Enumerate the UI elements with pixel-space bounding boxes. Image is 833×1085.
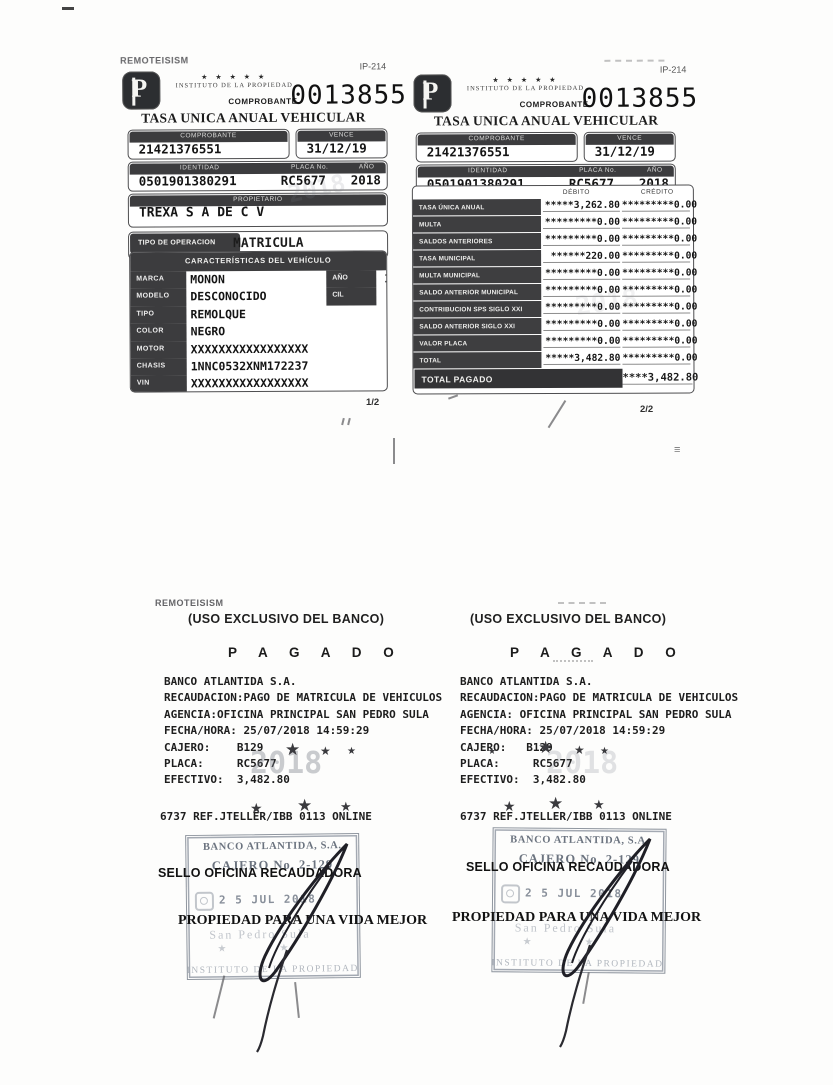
pen-mark [213,975,226,1018]
vence-field-value: 31/12/19 [585,144,675,159]
table-row: SALDO ANTERIOR SIGLO XXI *********0.00 *… [413,318,693,336]
table-row: MULTA MUNICIPAL *********0.00 *********0… [413,267,693,285]
vence-field-label: VENCE [586,135,674,142]
stamp-star-icon: ★ [600,746,609,757]
stamp-star-icon: ★ [574,743,585,757]
page-number-right: 2/2 [640,404,653,415]
stamp-star-icon: ★ [593,797,605,813]
table-row: COLOR NEGRO [131,322,387,341]
triple-bar-mark: ≡ [674,444,680,456]
vence-field-label: VENCE [297,131,385,138]
bank-use-only-label: (USO EXCLUSIVO DEL BANCO) [470,612,666,626]
serial-number: 0013855 [290,80,407,111]
table-row: MODELO DESCONOCIDO CIL 0 [130,288,386,307]
table-row: TIPO REMOLQUE [130,305,386,324]
propietario-value: TREXA S A DE C V [129,204,387,220]
table-row: CHASIS 1NNC0532XNM172237 [131,357,387,376]
comprobante-field-label: COMPROBANTE [130,132,288,140]
placa-label: PLACA No. [573,167,623,174]
identity-row: IDENTIDAD PLACA No. AÑO 0501901380291 RC… [128,160,388,191]
table-row: MARCA MONON AÑO 1992 [130,270,386,289]
stamp-star-icon: ★ [320,744,331,758]
scan-mark [553,660,593,662]
teller-reference-line: 6737 REF.JTELLER/IBB 0113 ONLINE [460,810,672,823]
receipt-copy-1: REMOTEISISM P ★ ★ ★ ★ ★ INSTITUTO DE LA … [112,54,396,400]
comprobante-field: COMPROBANTE 21421376551 [127,129,289,160]
signature [225,838,365,1053]
stamp-star-icon: ★ [285,740,300,760]
table-row: CONTRIBUCION SPS SIGLO XXI *********0.00… [413,301,693,319]
signature [528,833,668,1048]
receipt-copy-2: P ★ ★ ★ ★ ★ INSTITUTO DE LA PROPIEDAD IP… [409,58,695,404]
tipo-operacion-value: MATRICULA [233,236,304,251]
vehicle-anio-value: 1992 [384,271,388,285]
anio-label: AÑO [352,163,382,170]
stamp-star-icon: ★ [347,746,356,757]
table-row: TASA MUNICIPAL ******220.00 *********0.0… [413,250,693,268]
vence-field: VENCE 31/12/19 [584,132,676,162]
placa-label: PLACA No. [285,164,335,171]
vehicle-cil-label: CIL [326,288,376,306]
pen-mark [393,438,395,464]
stars-row-icon: ★ ★ ★ ★ ★ [465,76,585,84]
institute-name: INSTITUTO DE LA PROPIEDAD [170,82,298,90]
pen-mark [548,400,566,428]
pen-mark [347,418,350,425]
scan-mark [558,602,606,604]
comprobante-caption: COMPROBANTE [228,97,297,106]
anio-label: AÑO [640,167,670,174]
scan-mark [62,7,74,10]
receipt-title: TASA UNICA ANUAL VEHICULAR [404,113,689,130]
pagado-status: P A G A D O [510,645,685,660]
table-row: VALOR PLACA *********0.00 *********0.00 [413,335,693,353]
total-pagado-value: ****3,482.80 [622,372,692,385]
table-row: TASA ÚNICA ANUAL *****3,262.80 *********… [413,199,693,217]
vehicle-anio-label: AÑO [326,270,376,288]
scan-mark [604,60,664,62]
stamp-emblem-icon [195,892,214,911]
vehicle-characteristics-table: CARACTERÍSTICAS DEL VEHÍCULO MARCA MONON… [129,250,388,392]
form-code: IP-214 [360,61,387,71]
table-row: TOTAL *****3,482.80 *********0.00 [413,352,693,370]
table-row: VIN XXXXXXXXXXXXXXXXX [131,375,387,393]
instituto-propiedad-logo-icon: P [413,74,451,112]
stamp-star-icon: ★ [250,800,263,817]
comprobante-caption: COMPROBANTE [520,100,589,109]
receipt-title: TASA UNICA ANUAL VEHICULAR [112,109,394,126]
form-code: IP-214 [660,65,687,75]
stamp-star-icon: ★ [340,799,352,815]
scanned-receipt-page: REMOTEISISM P ★ ★ ★ ★ ★ INSTITUTO DE LA … [0,0,833,1085]
stamp-star-icon: ★ [548,794,563,814]
scan-artifact-text: REMOTEISISM [155,598,224,608]
instituto-propiedad-logo-icon: P [122,71,160,109]
propietario-label: PROPIETARIO [130,195,386,203]
table-row: MOTOR XXXXXXXXXXXXXXXXX [131,340,387,359]
comprobante-field-value: 21421376551 [417,144,577,160]
identidad-value: 0501901380291 [139,173,281,189]
bank-use-only-label: (USO EXCLUSIVO DEL BANCO) [188,612,384,626]
stamp-star-icon: ★ [538,738,553,758]
table-row: SALDOS ANTERIORES *********0.00 ********… [413,233,693,251]
stamp-star-icon: ★ [488,746,496,757]
table-row: MULTA *********0.00 *********0.00 [413,216,693,234]
comprobante-field-value: 21421376551 [129,141,289,157]
propietario-field: PROPIETARIO TREXA S A DE C V [128,192,388,227]
pen-mark [341,418,344,425]
anio-value: 2018 [351,172,381,187]
comprobante-field: COMPROBANTE 21421376551 [416,132,578,163]
vence-field: VENCE 31/12/19 [295,128,387,158]
institute-name: INSTITUTO DE LA PROPIEDAD [461,85,589,92]
stamp-star-icon: ★ [503,798,516,815]
debit-column-header: DÉBITO [563,189,590,196]
stamp-emblem-icon [501,884,520,903]
comprobante-field-label: COMPROBANTE [418,135,576,143]
page-number-left: 1/2 [366,397,379,408]
credit-column-header: CRÉDITO [641,189,674,196]
stamp-star-icon: ★ [297,796,312,816]
serial-number: 0013855 [581,83,698,113]
identidad-label: IDENTIDAD [160,164,240,171]
pagado-status: P A G A D O [228,645,403,660]
identidad-label: IDENTIDAD [448,167,528,174]
charges-table: DÉBITO CRÉDITO TASA ÚNICA ANUAL *****3,2… [412,185,695,395]
stars-row-icon: ★ ★ ★ ★ ★ [174,73,294,82]
scan-artifact-text: REMOTEISISM [120,55,189,65]
total-pagado-row: TOTAL PAGADO ****3,482.80 [413,369,693,390]
vehicle-section-title: CARACTERÍSTICAS DEL VEHÍCULO [130,251,386,271]
table-row: SALDO ANTERIOR MUNICIPAL *********0.00 *… [413,284,693,302]
total-pagado-label: TOTAL PAGADO [414,369,622,389]
vence-field-value: 31/12/19 [297,140,387,155]
